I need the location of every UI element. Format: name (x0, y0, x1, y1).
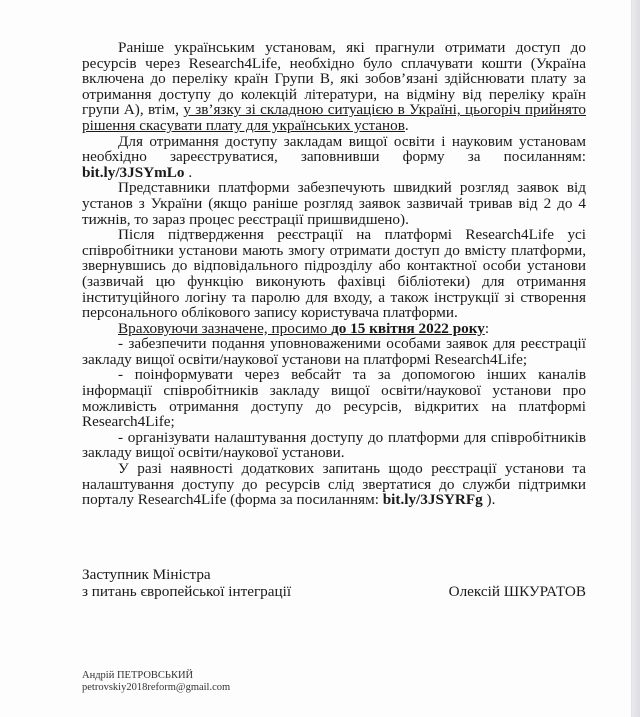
page-edge-scrollbar (631, 0, 640, 717)
support-form-link[interactable]: bit.ly/3JSYRFg (383, 491, 483, 508)
paragraph-registration: Для отримання доступу закладам вищої осв… (82, 134, 586, 181)
contact-name: Андрій ПЕТРОВСЬКИЙ (82, 670, 230, 682)
contact-block: Андрій ПЕТРОВСЬКИЙ petrovskiy2018reform@… (82, 670, 230, 694)
registration-link[interactable]: bit.ly/3JSYmLo (82, 164, 185, 181)
paragraph-fee-info: Раніше українським установам, які прагну… (82, 40, 586, 134)
signature-block: Заступник Міністра з питань європейської… (82, 566, 586, 600)
paragraph-support: У разі наявності додаткових запитань щод… (82, 461, 586, 508)
signatory-title-line1: Заступник Міністра (82, 566, 586, 583)
paragraph-after-confirmation: Після підтвердження реєстрації на платфо… (82, 227, 586, 321)
signatory-name: Олексій ШКУРАТОВ (449, 583, 586, 600)
list-item-inform-staff: - поінформувати через вебсайт та за допо… (82, 367, 586, 429)
document-body: Раніше українським установам, які прагну… (82, 40, 586, 508)
list-item-organize-access: - організувати налаштування доступу до п… (82, 430, 586, 461)
list-item-submit-applications: - забезпечити подання уповноваженими осо… (82, 336, 586, 367)
deadline-date: до 15 квітня 2022 року (331, 320, 485, 337)
paragraph-fast-review: Представники платформи забезпечують швид… (82, 180, 586, 227)
contact-email[interactable]: petrovskiy2018reform@gmail.com (82, 682, 230, 694)
paragraph-request: Враховуючи зазначене, просимо до 15 квіт… (82, 321, 586, 337)
